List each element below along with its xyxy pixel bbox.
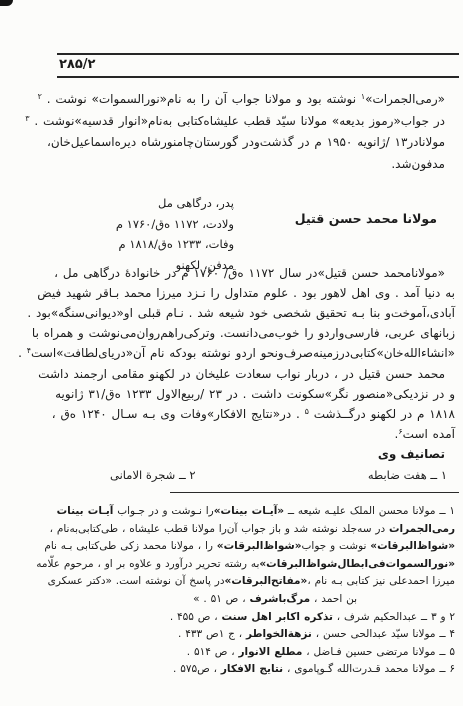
entry-title-name: مولانا محمد حسن قتیل [295,211,437,226]
bio-birth: ولادت، ۱۱۷۲ ه‌ق/۱۷۶۰ م [116,214,234,235]
footnotes-block: ۱ ــ مولانا محسن الملک علیـه شیعه ــ «آی… [14,503,455,679]
footnote-line: ۶ ــ مولانا محمد قـدرت‌الله گـوپاموی ، ن… [14,661,455,679]
header-rule-top [57,53,459,55]
text-line: «مولانامحمد حسن قتیل»در سال ۱۱۷۲ ه‌ق/ ۱۷… [22,263,455,283]
text-line: آمده است۶. [22,424,455,444]
intro-paragraph: «رمی‌الجمرات»۱ نوشته بود و مولانا جواب آ… [22,89,445,175]
text-line: زبانهای عربی، فارسی‌واردو را خوب‌می‌دانس… [22,323,455,343]
text-line: آبادی،آموخت‌و بنا بـه تحقیق شخصی خود شیع… [22,303,455,323]
page-number: ۲۸۵/۲ [59,57,96,72]
footnote-line: ۵ ــ مولانا مرتضی حسین فـاضل ، مطلع الان… [14,644,455,662]
text-line: و در نزدیکی«منصور نگر»سکونت داشت . در ۲۳… [22,384,455,404]
text-line: مدفون‌شد. [22,154,445,176]
header-rule-bottom [57,76,459,78]
footnote-line: ۴ ــ مولانا سیّد عبدالحی حسن ، نزهةالخوا… [14,626,455,644]
text-line: مولانادر۱۳ /ژانویه ۱۹۵۰ م در گذشت‌ودر گو… [22,132,445,154]
works-heading: تصانیف وی [378,447,445,461]
footnote-line: «نورالسموات‌فی‌ابطال‌شواظ‌البرقات»به رشت… [14,556,455,574]
bio-death: وفات، ۱۲۳۳ ه‌ق/۱۸۱۸ م [116,234,234,255]
footnote-line: بن احمد ، مرگ‌باشرف ، ص ۵۱ . » [14,591,455,609]
text-line: ۱۸۱۸ م در لکهنو درگــذشت ۵ . در«نتایج ال… [22,404,455,424]
footnote-line: رمی‌الجمرات در سه‌جلد نوشته شد و باز جوا… [14,521,455,539]
text-line: در جواب«رموز بدیعه» مولانا سیّد قطب علیش… [22,111,445,133]
main-paragraph-life: «مولانامحمد حسن قتیل»در سال ۱۱۷۲ ه‌ق/ ۱۷… [22,263,455,363]
text-line: به دنیا آمد . وی اهل لاهور بود . علوم مت… [22,283,455,303]
book-page: ۲۸۵/۲ «رمی‌الجمرات»۱ نوشته بود و مولانا … [0,0,463,706]
bio-father: پدر، درگاهی مل [116,193,234,214]
text-line: «انشاءالله‌خان»کتابی‌درزمینه‌صرف‌ونحو ار… [22,343,455,363]
work-item-1: ۱ ــ هفت ضابطه [368,468,447,482]
main-paragraph-death: محمد حسن قتیل در ، دربار نواب سعادت علیخ… [22,364,455,444]
footnote-line: ۱ ــ مولانا محسن الملک علیـه شیعه ــ «آی… [14,503,455,521]
scan-corner-artifact [0,0,13,6]
footnote-separator-rule [170,492,459,493]
footnote-line: «شواظ‌البرقات» نوشت و جواب«شواظ‌البرقات»… [14,538,455,556]
footnote-line: ۲ و ۳ ــ عبدالحکیم شرف ، تذکره اکابر اهل… [14,609,455,627]
text-line: «رمی‌الجمرات»۱ نوشته بود و مولانا جواب آ… [22,89,445,111]
work-item-2: ۲ ــ شجرة الامانی [110,468,196,482]
footnote-line: میرزا احمدعلی نیز کتابی بـه نام ،«مفاتح‌… [14,573,455,591]
text-line: محمد حسن قتیل در ، دربار نواب سعادت علیخ… [22,364,455,384]
